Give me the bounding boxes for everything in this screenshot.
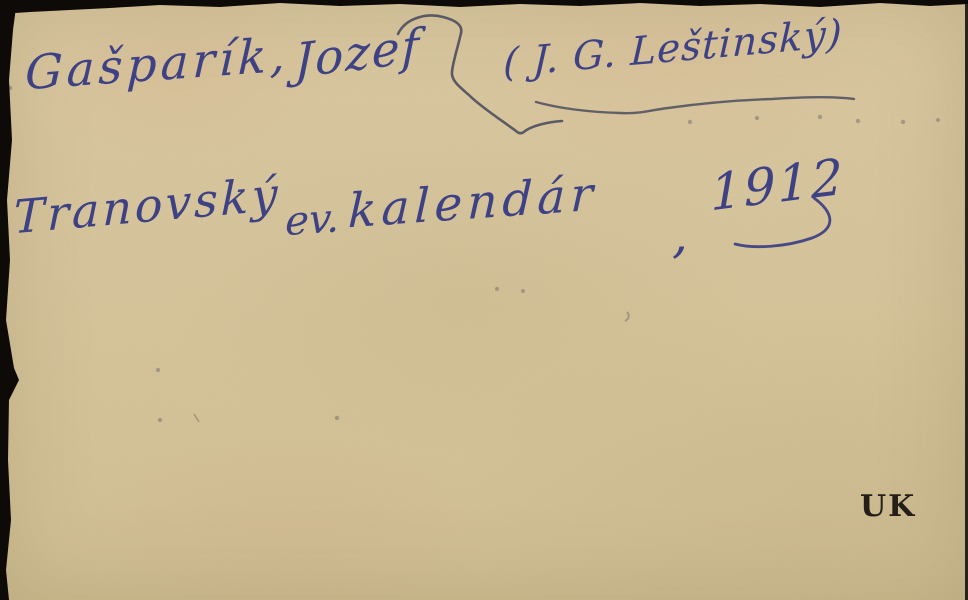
scan-edge-top	[0, 0, 968, 14]
author-surname: Gašparík,	[24, 32, 290, 98]
title-word-ev: ev.	[285, 198, 341, 242]
title-year: 1912	[710, 152, 845, 219]
paper-specks	[8, 86, 940, 422]
author-pseudonym: ( J. G. Leštinský)	[503, 14, 844, 83]
title-word-tranovsky: Tranovský	[13, 171, 281, 241]
scanned-catalog-card: Gašparík, Jozef ( J. G. Leštinský) Trano…	[0, 0, 968, 600]
title-word-kalendar: kalendár	[347, 171, 598, 236]
scan-edge-left	[0, 0, 22, 600]
pseudonym-underline-mark	[536, 97, 854, 113]
uk-library-stamp: UK	[860, 489, 916, 524]
author-forename: Jozef	[294, 23, 421, 86]
title-comma: ,	[672, 210, 688, 260]
